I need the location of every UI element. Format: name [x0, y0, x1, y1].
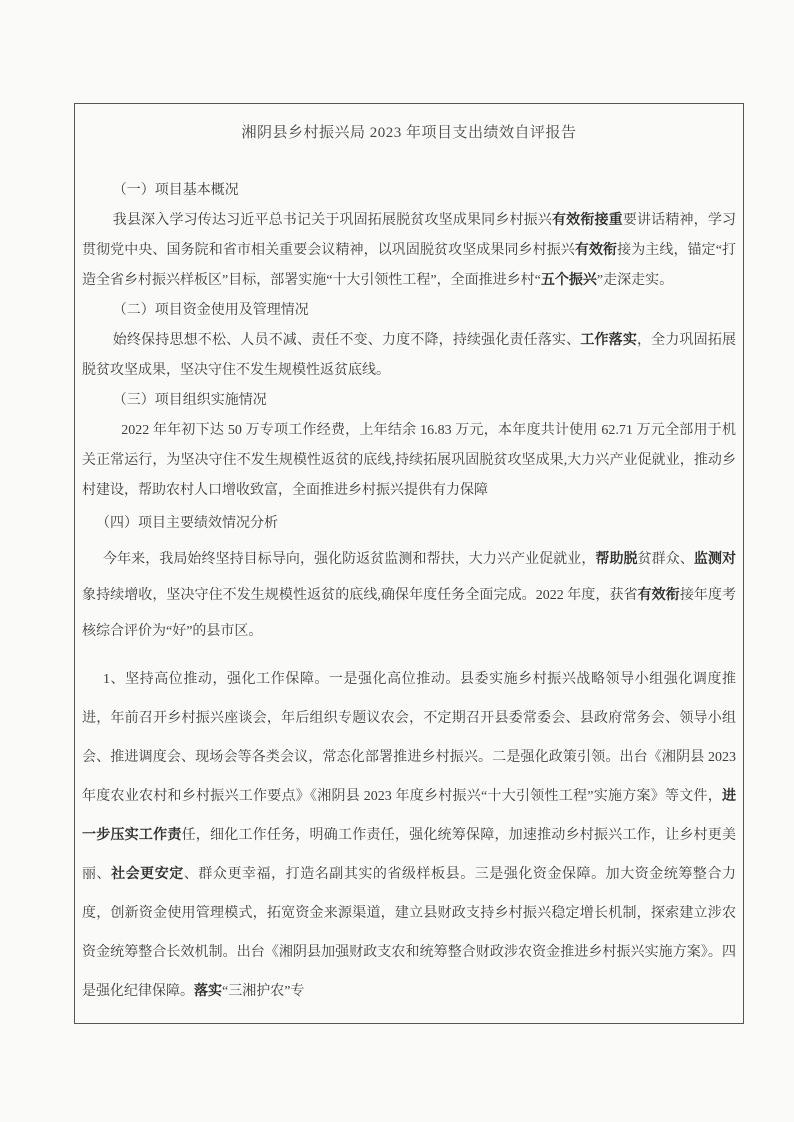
text-run: 象持续增收，坚决守住不发生规模性返贫的底线,确保年度任务全面完成。2022 年度… — [82, 588, 638, 603]
text-run: 帮助脱 — [595, 552, 637, 567]
section-heading-fund-usage: （二）项目资金使用及管理情况 — [82, 296, 736, 326]
text-run: 、群众更幸福，打造名副其实的省级样板县。三是强化资金保障。加大资金统筹整合力度，… — [82, 867, 736, 999]
section-heading-implementation: （三）项目组织实施情况 — [82, 386, 736, 416]
text-run: 有效衔接重 — [552, 213, 623, 228]
text-run: 有效衔 — [575, 243, 617, 258]
paragraph-basic-overview: 我县深入学习传达习近平总书记关于巩固拓展脱贫攻坚成果同乡村振兴有效衔接重要讲话精… — [82, 206, 736, 296]
section-heading-basic-overview: （一）项目基本概况 — [82, 176, 736, 206]
paragraph-performance-analysis: 今年来，我局始终坚持目标导向，强化防返贫监测和帮扶，大力兴产业促就业，帮助脱贫群… — [82, 542, 736, 650]
text-run: 我县深入学习传达习近平总书记关于巩固拓展脱贫攻坚成果同乡村振兴 — [113, 213, 552, 228]
paragraph-work-measures: 1、坚持高位推动，强化工作保障。一是强化高位推动。县委实施乡村振兴战略领导小组强… — [82, 660, 736, 1011]
text-run: 今年来，我局始终坚持目标导向，强化防返贫监测和帮扶，大力兴产业促就业， — [103, 552, 595, 567]
section-heading-performance-analysis: （四）项目主要绩效情况分析 — [82, 506, 736, 542]
text-run: 始终保持思想不松、人员不减、责任不变、力度不降，持续强化责任落实、 — [113, 333, 581, 348]
text-run: 社会更安定 — [111, 867, 184, 882]
text-run: 落实 — [194, 984, 222, 999]
report-title: 湘阴县乡村振兴局 2023 年项目支出绩效自评报告 — [82, 118, 736, 148]
paragraph-implementation: 2022 年年初下达 50 万专项工作经费，上年结余 16.83 万元，本年度共… — [82, 416, 736, 506]
text-run: 1、坚持高位推动，强化工作保障。一是强化高位推动。县委实施乡村振兴战略领导小组强… — [82, 672, 736, 804]
text-run: “三湘护农”专 — [222, 984, 304, 999]
text-run: 贫群众、 — [638, 552, 694, 567]
scanned-report-page: 湘阴县乡村振兴局 2023 年项目支出绩效自评报告 （一）项目基本概况 我县深入… — [0, 0, 794, 1122]
text-run: 五个振兴 — [541, 273, 597, 288]
report-border-box: 湘阴县乡村振兴局 2023 年项目支出绩效自评报告 （一）项目基本概况 我县深入… — [74, 103, 744, 1024]
text-run: 监测对 — [694, 552, 736, 567]
text-run: 工作落实 — [580, 333, 637, 348]
text-run: ”走深走实。 — [597, 273, 673, 288]
text-run: 有效衔 — [638, 588, 680, 603]
paragraph-fund-usage: 始终保持思想不松、人员不减、责任不变、力度不降，持续强化责任落实、工作落实，全力… — [82, 326, 736, 386]
